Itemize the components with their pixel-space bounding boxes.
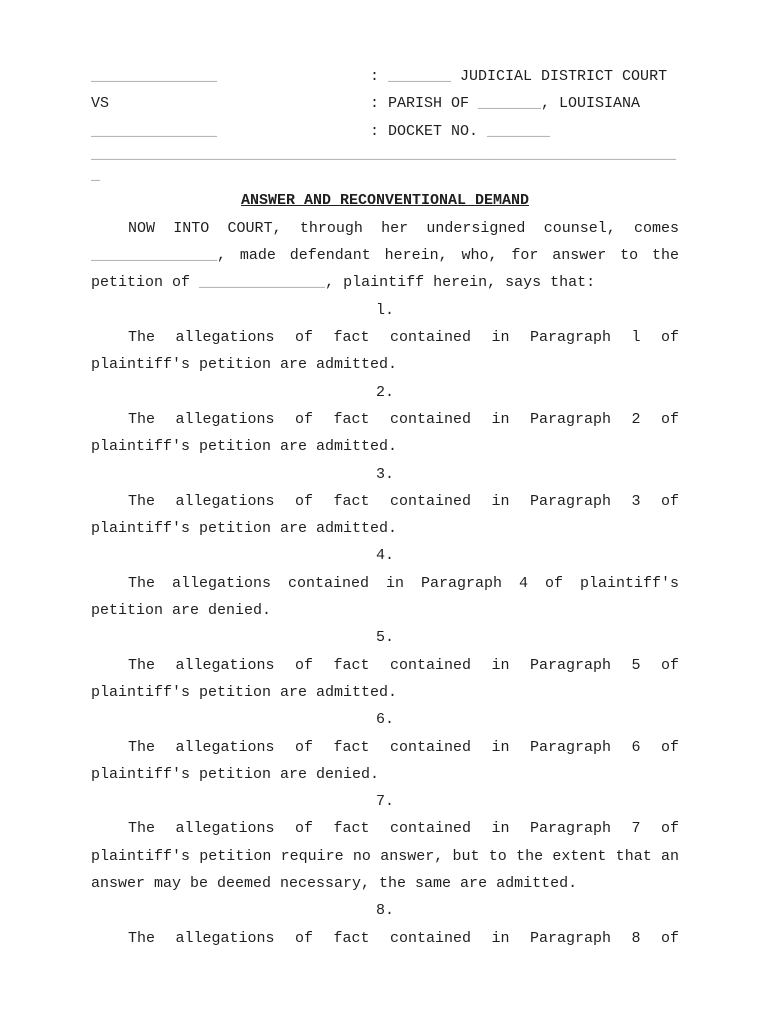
paragraph-8: The allegations of fact contained in Par…: [91, 925, 679, 952]
paragraph-1: The allegations of fact contained in Par…: [91, 324, 679, 379]
caption-row: VS : PARISH OF _______, LOUISIANA: [91, 90, 679, 117]
section-number-8: 8.: [91, 897, 679, 924]
blank-field: _______: [388, 68, 451, 85]
blank-field: _______: [478, 95, 541, 112]
paragraph-6: The allegations of fact contained in Par…: [91, 734, 679, 789]
blank-field: ________________________________________…: [91, 146, 676, 163]
paragraph-5: The allegations of fact contained in Par…: [91, 652, 679, 707]
document-content: ______________ : _______ JUDICIAL DISTRI…: [91, 63, 679, 952]
case-caption: ______________ : _______ JUDICIAL DISTRI…: [91, 63, 679, 187]
blank-field: _: [91, 167, 100, 184]
section-number-1: l.: [91, 297, 679, 324]
blank-field: _______: [487, 123, 550, 140]
document-body: NOW INTO COURT, through her undersigned …: [91, 215, 679, 952]
caption-court: : _______ JUDICIAL DISTRICT COURT: [370, 63, 679, 90]
paragraph-4: The allegations contained in Paragraph 4…: [91, 570, 679, 625]
section-number-7: 7.: [91, 788, 679, 815]
caption-row: ______________ : _______ JUDICIAL DISTRI…: [91, 63, 679, 90]
caption-versus: VS: [91, 90, 370, 117]
section-number-3: 3.: [91, 461, 679, 488]
caption-party-defendant: ______________: [91, 118, 370, 145]
section-number-2: 2.: [91, 379, 679, 406]
caption-party-plaintiff: ______________: [91, 63, 370, 90]
paragraph-7: The allegations of fact contained in Par…: [91, 815, 679, 897]
caption-rule-overflow: _: [91, 165, 679, 187]
blank-field: ______________: [91, 123, 217, 140]
paragraph-opening: NOW INTO COURT, through her undersigned …: [91, 215, 679, 297]
document-title: ANSWER AND RECONVENTIONAL DEMAND: [91, 187, 679, 215]
section-number-5: 5.: [91, 624, 679, 651]
section-number-4: 4.: [91, 542, 679, 569]
document-page: ______________ : _______ JUDICIAL DISTRI…: [0, 0, 770, 1024]
paragraph-2: The allegations of fact contained in Par…: [91, 406, 679, 461]
blank-field: ______________: [91, 68, 217, 85]
caption-parish: : PARISH OF _______, LOUISIANA: [370, 90, 679, 117]
blank-field: ______________: [199, 274, 325, 291]
blank-field: ______________: [91, 247, 217, 264]
section-number-6: 6.: [91, 706, 679, 733]
caption-docket: : DOCKET NO. _______: [370, 118, 679, 145]
caption-row: ______________ : DOCKET NO. _______: [91, 118, 679, 145]
paragraph-3: The allegations of fact contained in Par…: [91, 488, 679, 543]
caption-rule: ________________________________________…: [91, 145, 679, 165]
